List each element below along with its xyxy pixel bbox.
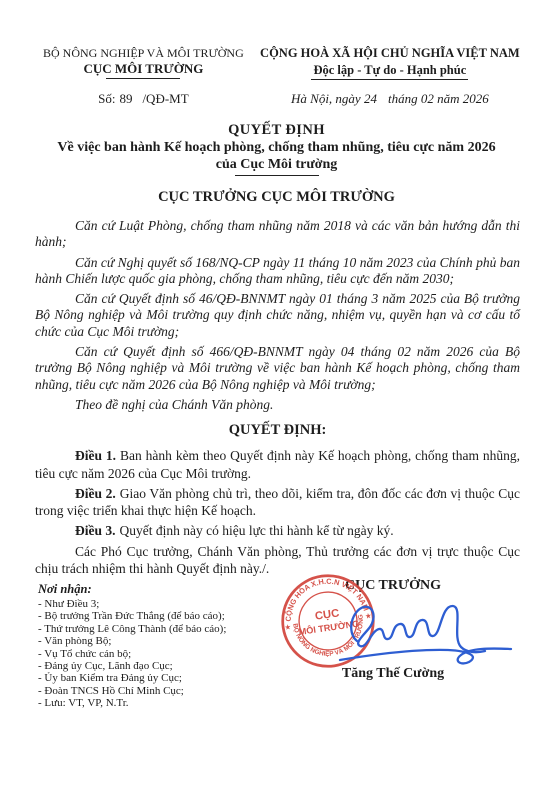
decision-document-page: BỘ NÔNG NGHIỆP VÀ MÔI TRƯỜNG CỤC MÔI TRƯ… <box>0 0 553 785</box>
recipient-item: - Như Điều 3; <box>38 598 226 610</box>
national-motto-block: CỘNG HOÀ XÃ HỘI CHỦ NGHĨA VIỆT NAM Độc l… <box>257 46 523 107</box>
decision-heading: QUYẾT ĐỊNH: <box>35 422 520 439</box>
agency-name: CỤC MÔI TRƯỜNG <box>30 61 257 77</box>
recipients-heading: Nơi nhận: <box>38 583 226 596</box>
recipient-item: - Lưu: VT, VP, N.Tr. <box>38 697 226 709</box>
article-3-label: Điều 3. <box>75 523 116 538</box>
document-number-label: Số: <box>98 91 115 106</box>
signer-name: Tăng Thế Cường <box>331 666 455 682</box>
national-motto: Độc lập - Tự do - Hạnh phúc <box>311 62 468 80</box>
preamble-paragraph: Căn cứ Nghị quyết số 168/NQ-CP ngày 11 t… <box>35 255 520 288</box>
preamble-paragraph: Căn cứ Luật Phòng, chống tham nhũng năm … <box>35 218 520 251</box>
preamble-paragraph: Theo đề nghị của Chánh Văn phòng. <box>35 397 520 413</box>
subject-underline <box>235 175 319 176</box>
place-date-part1: Hà Nội, ngày 24 <box>291 91 377 106</box>
country-name: CỘNG HOÀ XÃ HỘI CHỦ NGHĨA VIỆT NAM <box>257 46 523 61</box>
article-1: Điều 1.Ban hành kèm theo Quyết định này … <box>35 447 520 482</box>
agency-underline <box>106 78 180 79</box>
parent-agency-name: BỘ NÔNG NGHIỆP VÀ MÔI TRƯỜNG <box>30 46 257 61</box>
document-number-value: 89 <box>119 91 132 106</box>
preamble-paragraph: Căn cứ Quyết định số 46/QĐ-BNNMT ngày 01… <box>35 291 520 340</box>
document-subject-line2: của Cục Môi trường <box>0 156 553 173</box>
document-body: Căn cứ Luật Phòng, chống tham nhũng năm … <box>35 218 520 577</box>
article-2-label: Điều 2. <box>75 486 116 501</box>
document-type-title: QUYẾT ĐỊNH <box>0 122 553 139</box>
deciding-authority: CỤC TRƯỞNG CỤC MÔI TRƯỜNG <box>0 189 553 206</box>
article-3: Điều 3.Quyết định này có hiệu lực thi hà… <box>35 522 520 539</box>
recipient-item: - Văn phòng Bộ; <box>38 635 226 647</box>
recipient-item: - Thứ trưởng Lê Công Thành (để báo cáo); <box>38 623 226 635</box>
recipient-item: - Bộ trưởng Trần Đức Thắng (để báo cáo); <box>38 610 226 622</box>
recipient-item: - Đoàn TNCS Hồ Chí Minh Cục; <box>38 685 226 697</box>
document-number-suffix: /QĐ-MT <box>142 91 188 106</box>
recipient-item: - Đảng ủy Cục, Lãnh đạo Cục; <box>38 660 226 672</box>
article-2: Điều 2.Giao Văn phòng chủ trì, theo dõi,… <box>35 485 520 520</box>
preamble-paragraph: Căn cứ Quyết định số 466/QĐ-BNNMT ngày 0… <box>35 344 520 393</box>
recipient-item: - Ủy ban Kiểm tra Đảng ủy Cục; <box>38 672 226 684</box>
signature-scribble-icon <box>336 593 516 673</box>
article-1-label: Điều 1. <box>75 448 116 463</box>
recipient-item: - Vụ Tổ chức cán bộ; <box>38 648 226 660</box>
article-3-text: Quyết định này có hiệu lực thi hành kể t… <box>120 523 394 538</box>
recipients-list: - Như Điều 3; - Bộ trưởng Trần Đức Thắng… <box>38 598 226 710</box>
place-date-line: Hà Nội, ngày 24tháng 02 năm 2026 <box>257 91 523 107</box>
closing-paragraph: Các Phó Cục trưởng, Chánh Văn phòng, Thủ… <box>35 543 520 578</box>
document-subject-line1: Về việc ban hành Kế hoạch phòng, chống t… <box>0 139 553 156</box>
issuing-agency-block: BỘ NÔNG NGHIỆP VÀ MÔI TRƯỜNG CỤC MÔI TRƯ… <box>30 46 257 107</box>
recipients-block: Nơi nhận: - Như Điều 3; - Bộ trưởng Trần… <box>38 583 226 710</box>
document-header: BỘ NÔNG NGHIỆP VÀ MÔI TRƯỜNG CỤC MÔI TRƯ… <box>0 46 553 107</box>
place-date-part2: tháng 02 năm 2026 <box>388 91 489 106</box>
title-block: QUYẾT ĐỊNH Về việc ban hành Kế hoạch phò… <box>0 122 553 206</box>
stamp-star-left-icon: ★ <box>284 622 292 632</box>
document-number-line: Số:89/QĐ-MT <box>30 91 257 107</box>
